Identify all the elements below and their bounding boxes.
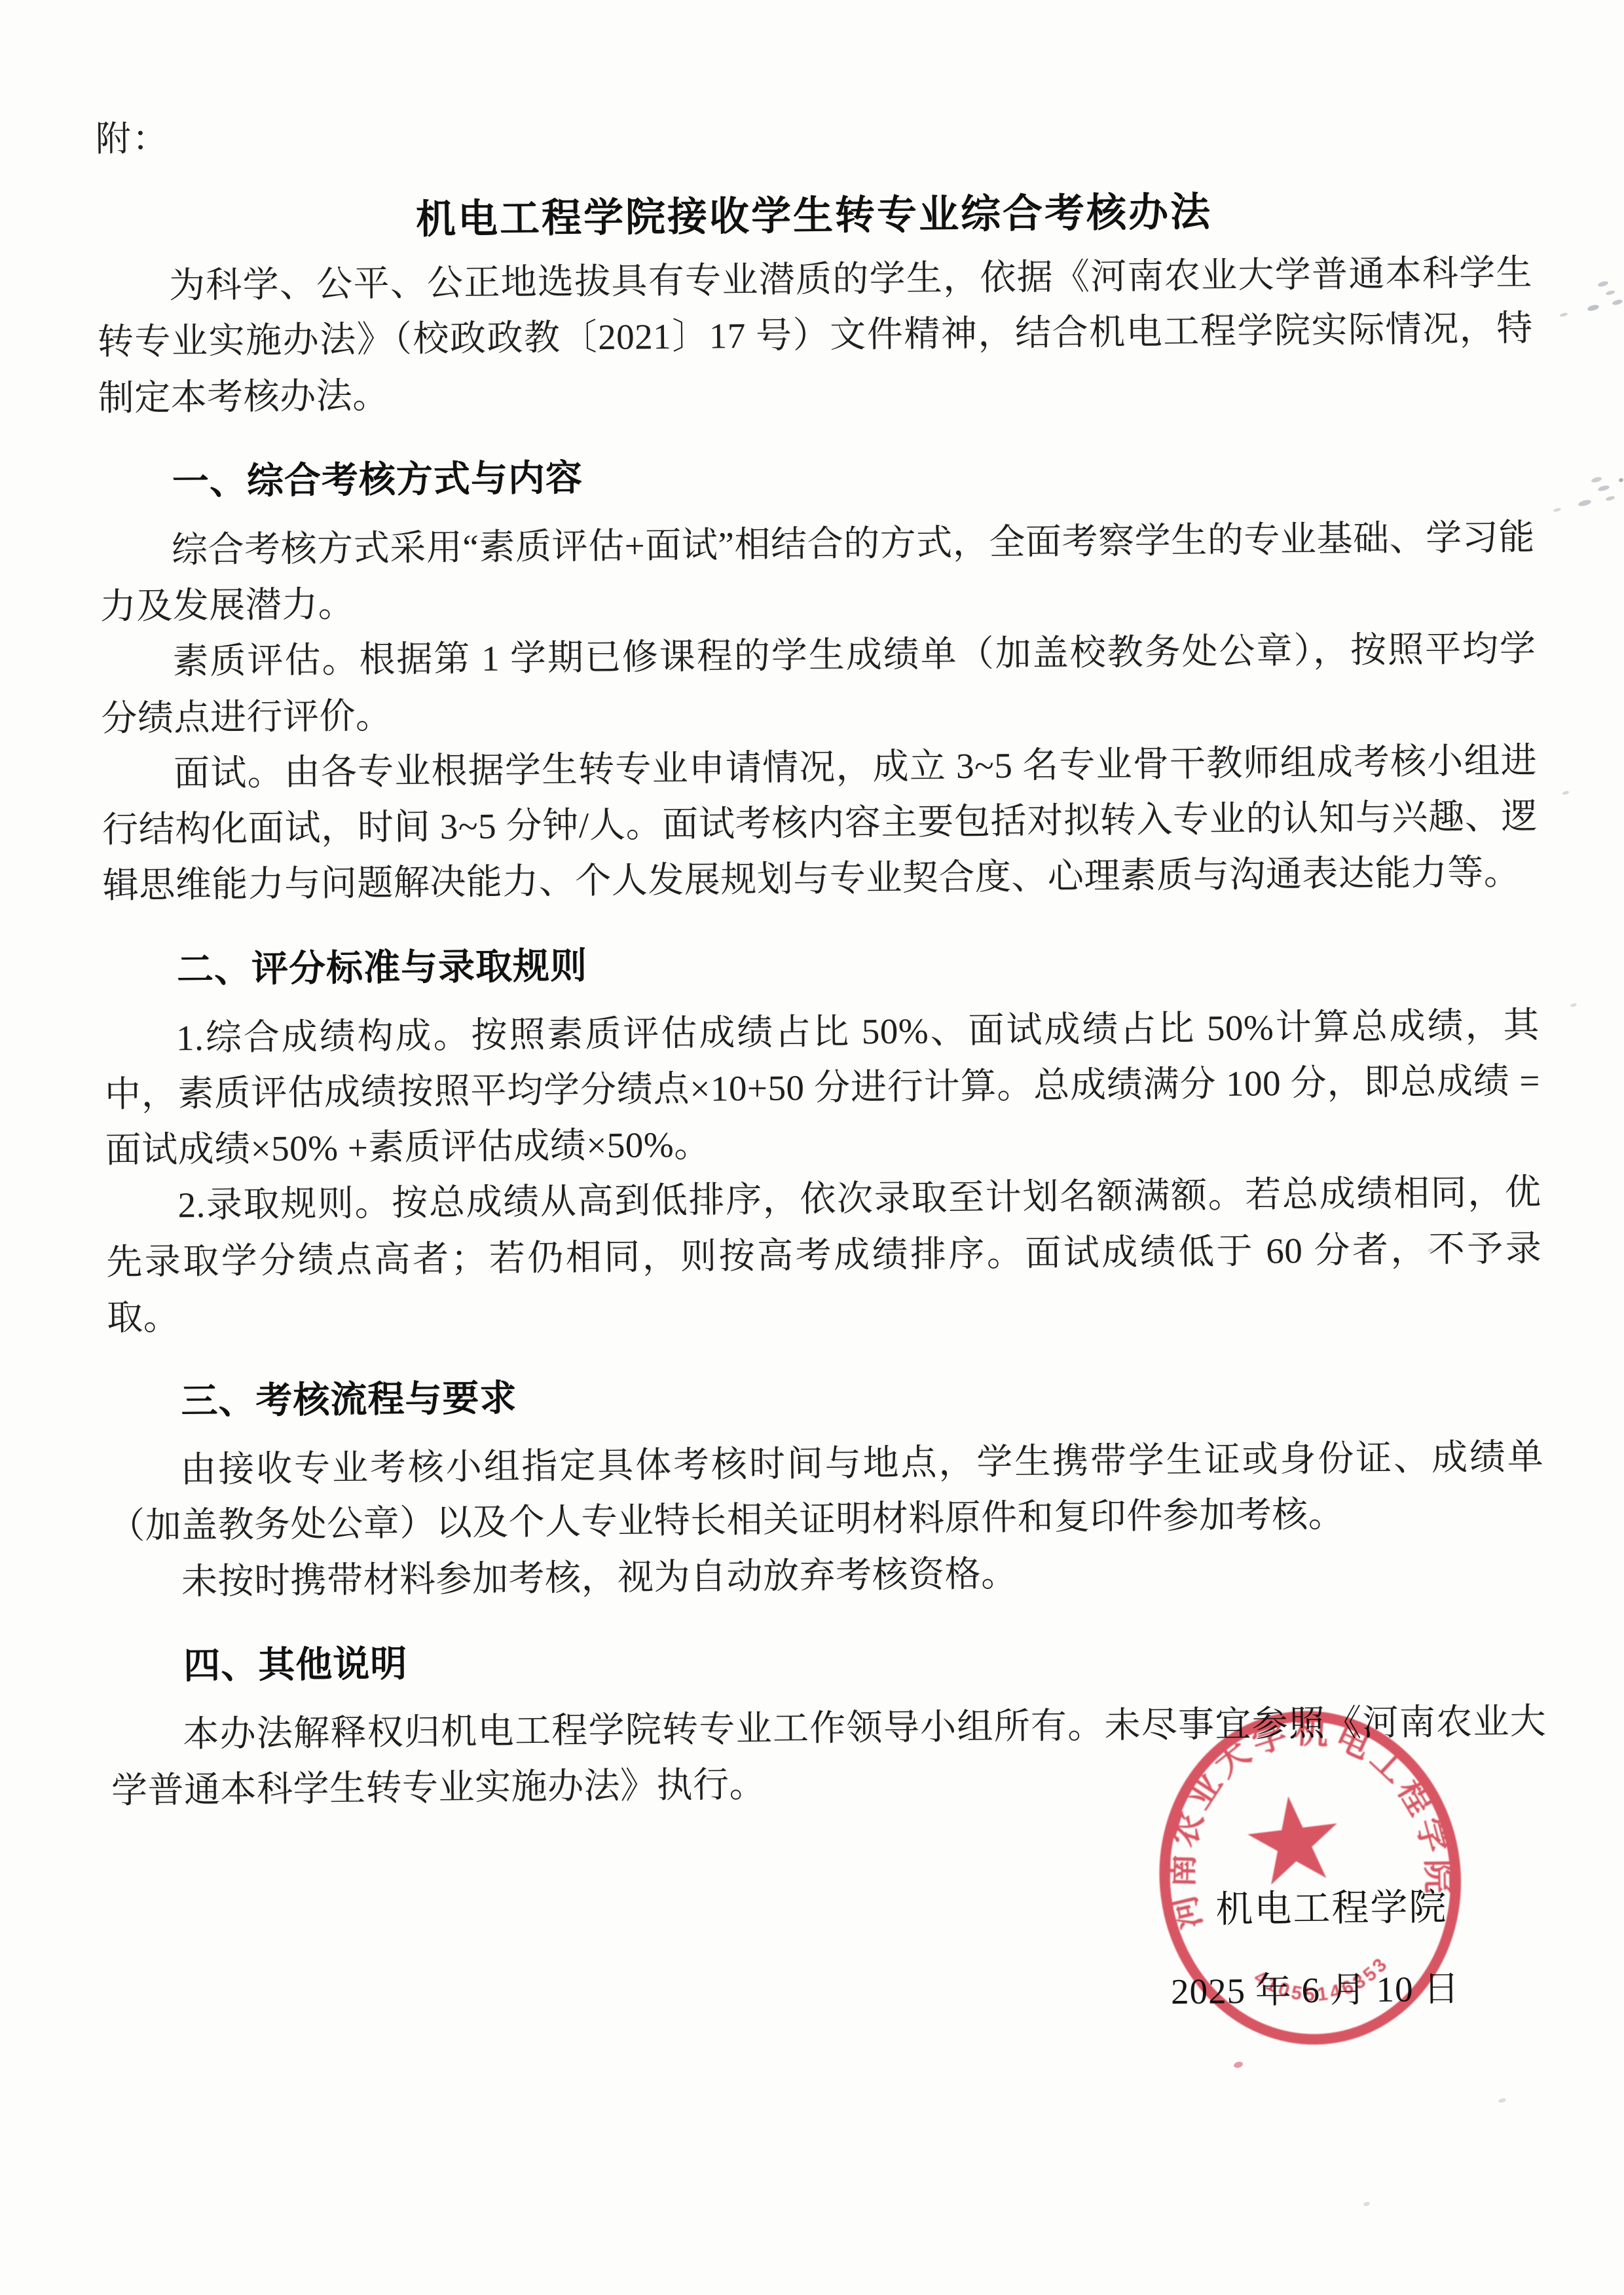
- section-1-heading: 一、综合考核方式与内容: [172, 439, 1535, 505]
- official-seal-stamp: 河南农业大学机电工程学院 41055146353: [1133, 1690, 1488, 2068]
- paragraph: 素质评估。根据第 1 学期已修课程的学生成绩单（加盖校教务处公章），按照平均学分…: [100, 621, 1537, 747]
- document-title: 机电工程学院接收学生转专业综合考核办法: [96, 177, 1532, 248]
- section-4-heading: 四、其他说明: [183, 1624, 1546, 1689]
- scanned-document-page: 附： 机电工程学院接收学生转专业综合考核办法 为科学、公平、公正地选拔具有专业潜…: [0, 0, 1624, 2295]
- section-assessment-method: 一、综合考核方式与内容 综合考核方式采用“素质评估+面试”相结合的方式，全面考察…: [99, 439, 1539, 914]
- paragraph: 面试。由各专业根据学生转专业申请情况，成立 3~5 名专业骨干教师组成考核小组进…: [101, 732, 1538, 914]
- paragraph: 1.综合成绩构成。按照素质评估成绩占比 50%、面试成绩占比 50%计算总成绩，…: [104, 997, 1541, 1178]
- scan-speck: [1363, 2201, 1370, 2207]
- paragraph: 综合考核方式采用“素质评估+面试”相结合的方式，全面考察学生的专业基础、学习能力…: [100, 509, 1536, 635]
- seal-ring-text: 河南农业大学机电工程学院: [1143, 1695, 1462, 1933]
- seal-ink: 河南农业大学机电工程学院 41055146353: [1143, 1695, 1477, 2057]
- svg-text:41055146353: 41055146353: [1248, 1950, 1397, 2013]
- svg-text:河南农业大学机电工程学院: 河南农业大学机电工程学院: [1143, 1695, 1462, 1933]
- ink-speck: [1233, 2061, 1244, 2068]
- seal-serial: 41055146353: [1248, 1950, 1397, 2013]
- seal-star-icon: [1244, 1791, 1343, 1886]
- scan-speck: [1498, 2098, 1506, 2104]
- paragraph: 由接收专业考核小组指定具体考核时间与地点，学生携带学生证或身份证、成绩单（加盖教…: [108, 1428, 1545, 1554]
- intro-paragraph: 为科学、公平、公正地选拔具有专业潜质的学生，依据《河南农业大学普通本科学生转专业…: [97, 244, 1534, 426]
- section-scoring-rules: 二、评分标准与录取规则 1.综合成绩构成。按照素质评估成绩占比 50%、面试成绩…: [103, 927, 1543, 1346]
- section-3-heading: 三、考核流程与要求: [181, 1359, 1543, 1425]
- attachment-label: 附：: [96, 99, 1532, 166]
- section-2-heading: 二、评分标准与录取规则: [177, 927, 1540, 993]
- paragraph: 2.录取规则。按总成绩从高到低排序，依次录取至计划名额满额。若总成绩相同，优先录…: [105, 1165, 1542, 1346]
- section-process-requirements: 三、考核流程与要求 由接收专业考核小组指定具体考核时间与地点，学生携带学生证或身…: [107, 1359, 1545, 1610]
- document-body: 附： 机电工程学院接收学生转专业综合考核办法 为科学、公平、公正地选拔具有专业潜…: [0, 0, 1624, 1819]
